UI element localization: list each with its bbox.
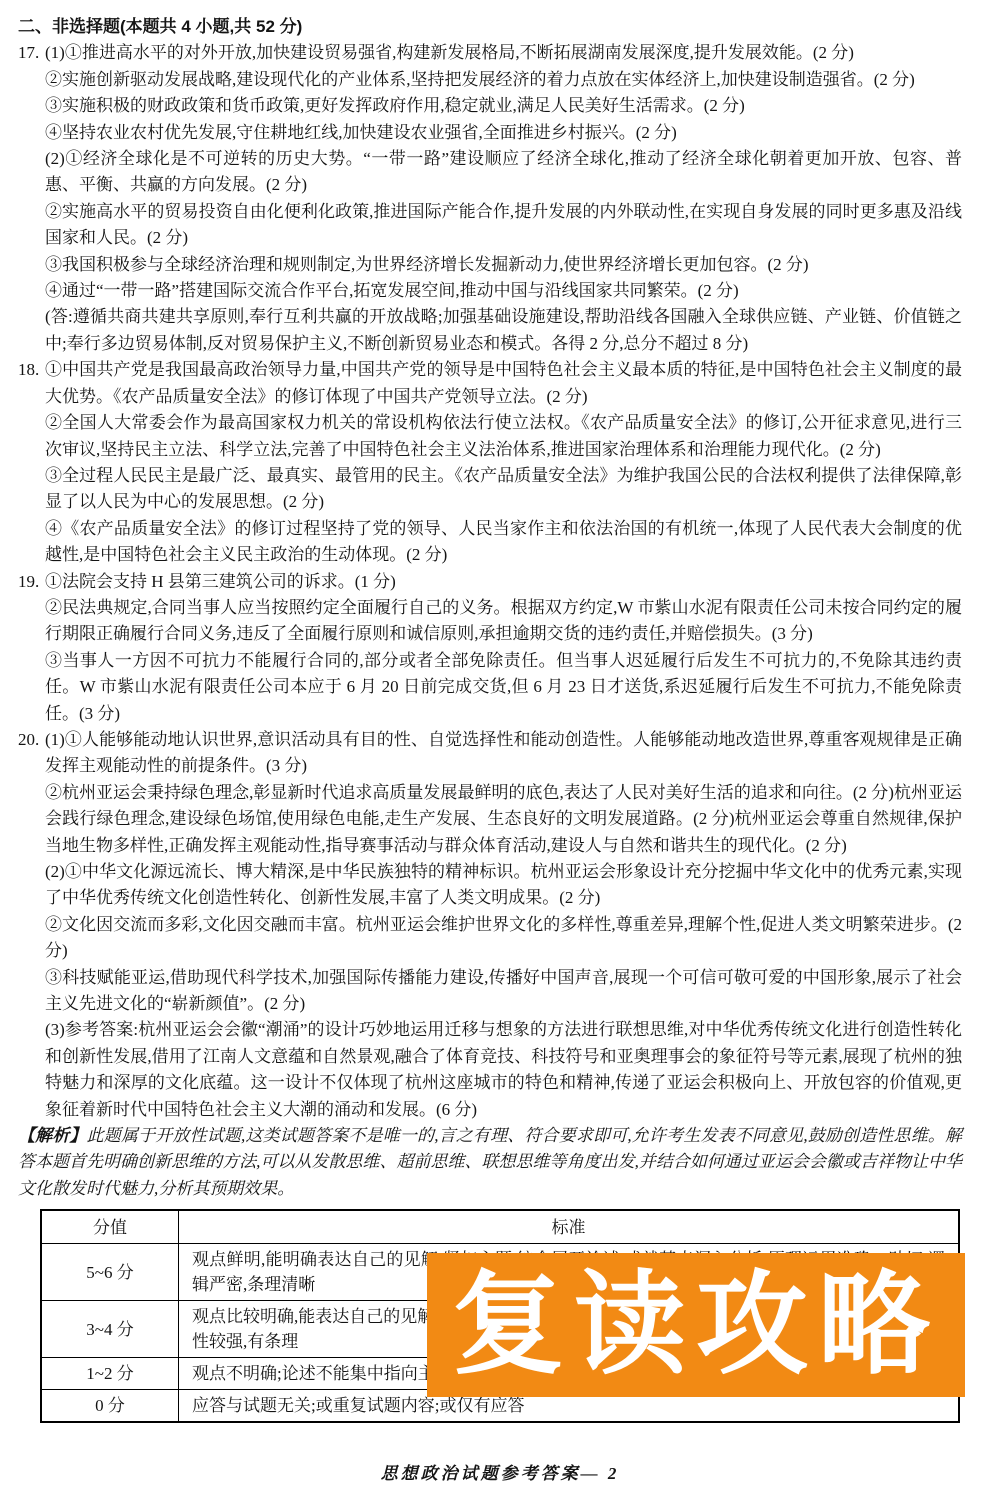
answer-paragraph: ③我国积极参与全球经济治理和规则制定,为世界经济增长发掘新动力,使世界经济增长更…: [45, 252, 962, 278]
question-18: 18.①中国共产党是我国最高政治领导力量,中国共产党的领导是中国特色社会主义最本…: [18, 357, 962, 568]
answer-paragraph: ③全过程人民民主是最广泛、最真实、最管用的民主。《农产品质量安全法》为维护我国公…: [45, 463, 962, 516]
question-17: 17.(1)①推进高水平的对外开放,加快建设贸易强省,构建新发展格局,不断拓展湖…: [18, 40, 962, 357]
table-header-row: 分值 标准: [41, 1210, 959, 1244]
question-number: 20.: [18, 727, 45, 753]
answer-paragraph: ④《农产品质量安全法》的修订过程坚持了党的领导、人民当家作主和依法治国的有机统一…: [45, 516, 962, 569]
criteria-line: 应答与试题无关;或重复试题内容;或仅有应答: [192, 1393, 945, 1418]
question-number: 17.: [18, 40, 45, 66]
watermark-text: 复读攻略: [452, 1312, 940, 1338]
answer-paragraph: ②实施高水平的贸易投资自由化便利化政策,推进国际产能合作,提升发展的内外联动性,…: [45, 199, 962, 252]
answer-paragraph: (1)①人能够能动地认识世界,意识活动具有目的性、自觉选择性和能动创造性。人能够…: [45, 727, 962, 780]
criteria-column-header: 标准: [179, 1210, 960, 1244]
answer-paragraph: ②杭州亚运会秉持绿色理念,彰显新时代追求高质量发展最鲜明的底色,表达了人民对美好…: [45, 780, 962, 859]
analysis-text: 此题属于开放性试题,这类试题答案不是唯一的,言之有理、符合要求即可,允许考生发表…: [18, 1126, 962, 1198]
answer-paragraph: ②全国人大常委会作为最高国家权力机关的常设机构依法行使立法权。《农产品质量安全法…: [45, 410, 962, 463]
page-footer: 思想政治试题参考答案— 2: [0, 1461, 1000, 1487]
answer-paragraph: ②民法典规定,合同当事人应当按照约定全面履行自己的义务。根据双方约定,W 市紫山…: [45, 595, 962, 648]
answer-paragraph: (3)参考答案:杭州亚运会会徽“潮涌”的设计巧妙地运用迁移与想象的方法进行联想思…: [45, 1017, 962, 1123]
section-title: 二、非选择题(本题共 4 小题,共 52 分): [18, 14, 962, 40]
answer-paragraph: (答:遵循共商共建共享原则,奉行互利共赢的开放战略;加强基础设施建设,帮助沿线各…: [45, 304, 962, 357]
answer-paragraph: ②文化因交流而多彩,文化因交融而丰富。杭州亚运会维护世界文化的多样性,尊重差异,…: [45, 912, 962, 965]
answer-paragraph: ①中国共产党是我国最高政治领导力量,中国共产党的领导是中国特色社会主义最本质的特…: [45, 357, 962, 410]
analysis-label: 【解析】: [18, 1126, 87, 1145]
answer-paragraph: ④坚持农业农村优先发展,守住耕地红线,加快建设农业强省,全面推进乡村振兴。(2 …: [45, 120, 962, 146]
question-number: 18.: [18, 357, 45, 383]
answer-paragraph: ②实施创新驱动发展战略,建设现代化的产业体系,坚持把发展经济的着力点放在实体经济…: [45, 67, 962, 93]
answer-paragraph: (2)①中华文化源远流长、博大精深,是中华民族独特的精神标识。杭州亚运会形象设计…: [45, 859, 962, 912]
answer-paragraph: ④通过“一带一路”搭建国际交流合作平台,拓宽发展空间,推动中国与沿线国家共同繁荣…: [45, 278, 962, 304]
answers-list: 17.(1)①推进高水平的对外开放,加快建设贸易强省,构建新发展格局,不断拓展湖…: [18, 40, 962, 1123]
score-cell: 1~2 分: [41, 1358, 179, 1390]
question-20: 20.(1)①人能够能动地认识世界,意识活动具有目的性、自觉选择性和能动创造性。…: [18, 727, 962, 1123]
question-number: 19.: [18, 569, 45, 595]
answer-paragraph: (2)①经济全球化是不可逆转的历史大势。“一带一路”建设顺应了经济全球化,推动了…: [45, 146, 962, 199]
score-cell: 0 分: [41, 1390, 179, 1423]
score-cell: 3~4 分: [41, 1301, 179, 1358]
question-19: 19.①法院会支持 H 县第三建筑公司的诉求。(1 分)②民法典规定,合同当事人…: [18, 569, 962, 727]
document-page: 二、非选择题(本题共 4 小题,共 52 分) 17.(1)①推进高水平的对外开…: [0, 0, 1000, 1509]
answer-paragraph: ③实施积极的财政政策和货币政策,更好发挥政府作用,稳定就业,满足人民美好生活需求…: [45, 93, 962, 119]
answer-paragraph: ③当事人一方因不可抗力不能履行合同的,部分或者全部免除责任。但当事人迟延履行后发…: [45, 648, 962, 727]
watermark-banner: 复读攻略: [427, 1253, 965, 1397]
answer-paragraph: (1)①推进高水平的对外开放,加快建设贸易强省,构建新发展格局,不断拓展湖南发展…: [45, 40, 962, 66]
answer-paragraph: ③科技赋能亚运,借助现代科学技术,加强国际传播能力建设,传播好中国声音,展现一个…: [45, 965, 962, 1018]
score-column-header: 分值: [41, 1210, 179, 1244]
answer-paragraph: ①法院会支持 H 县第三建筑公司的诉求。(1 分): [45, 569, 962, 595]
analysis-paragraph: 【解析】此题属于开放性试题,这类试题答案不是唯一的,言之有理、符合要求即可,允许…: [18, 1123, 962, 1202]
score-cell: 5~6 分: [41, 1244, 179, 1301]
